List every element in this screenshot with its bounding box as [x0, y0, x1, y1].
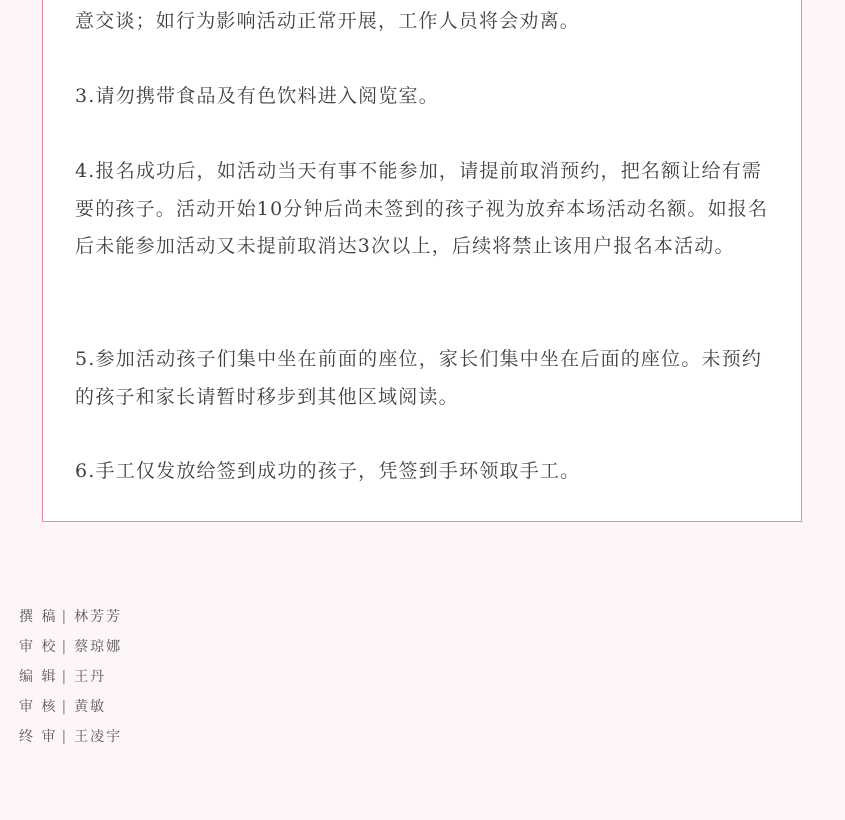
- credit-role: 编 辑: [19, 666, 57, 688]
- credit-role: 审 核: [19, 696, 57, 718]
- notice-paragraph-4: 4.报名成功后，如活动当天有事不能参加，请提前取消预约，把名额让给有需要的孩子。…: [75, 153, 775, 266]
- credit-name: 王丹: [74, 666, 106, 688]
- credit-role: 审 校: [19, 636, 57, 658]
- credit-row-final-reviewer: 终 审 | 王凌宇: [19, 722, 122, 752]
- notice-box: 意交谈；如行为影响活动正常开展，工作人员将会劝离。 3.请勿携带食品及有色饮料进…: [42, 0, 802, 522]
- notice-paragraph-6: 6.手工仅发放给签到成功的孩子，凭签到手环领取手工。: [75, 453, 775, 491]
- credit-row-writer: 撰 稿 | 林芳芳: [19, 602, 122, 632]
- credit-name: 王凌宇: [74, 726, 122, 748]
- notice-paragraph-5: 5.参加活动孩子们集中坐在前面的座位，家长们集中坐在后面的座位。未预约的孩子和家…: [75, 341, 775, 416]
- notice-paragraph-2-tail: 意交谈；如行为影响活动正常开展，工作人员将会劝离。: [75, 3, 775, 41]
- credit-row-editor: 编 辑 | 王丹: [19, 662, 122, 692]
- credit-row-reviewer: 审 核 | 黄敏: [19, 692, 122, 722]
- credit-separator: |: [61, 696, 68, 718]
- notice-paragraph-3: 3.请勿携带食品及有色饮料进入阅览室。: [75, 78, 775, 116]
- credit-separator: |: [61, 636, 68, 658]
- credit-name: 蔡琼娜: [74, 636, 122, 658]
- credit-separator: |: [61, 666, 68, 688]
- credit-separator: |: [61, 606, 68, 628]
- credit-name: 林芳芳: [74, 606, 122, 628]
- credit-row-proofreader: 审 校 | 蔡琼娜: [19, 632, 122, 662]
- credits-block: 撰 稿 | 林芳芳 审 校 | 蔡琼娜 编 辑 | 王丹 审 核 | 黄敏 终 …: [19, 602, 122, 752]
- credit-name: 黄敏: [74, 696, 106, 718]
- credit-role: 撰 稿: [19, 606, 57, 628]
- credit-role: 终 审: [19, 726, 57, 748]
- credit-separator: |: [61, 726, 68, 748]
